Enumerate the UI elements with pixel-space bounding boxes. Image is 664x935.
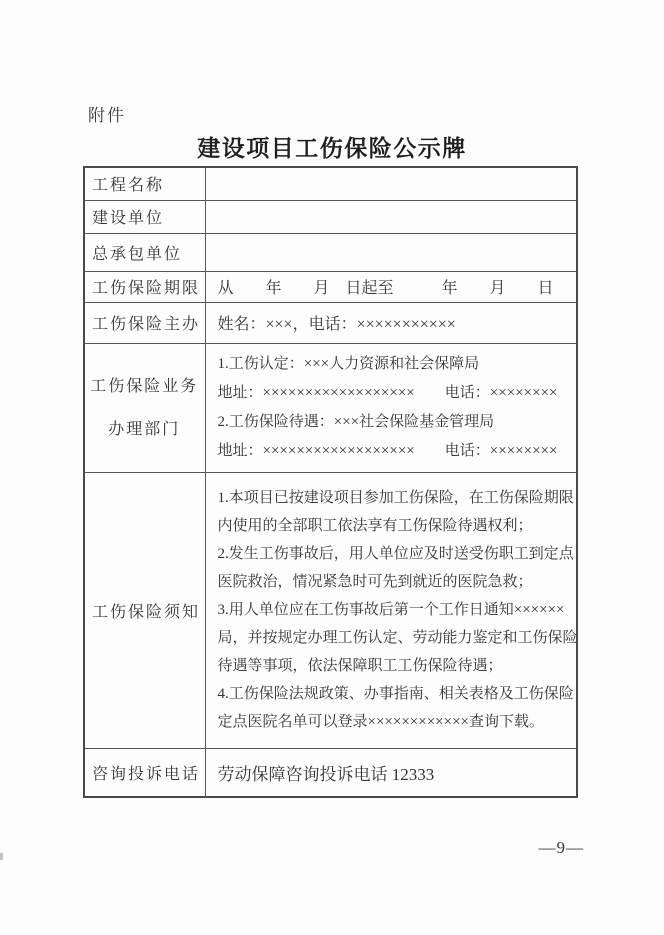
table-row-construction-unit: 建设单位 [84, 200, 577, 233]
table-row-insurance-organizer: 工伤保险主办 姓名：×××，电话：××××××××××× [84, 302, 577, 343]
text-line: 4.工伤保险法规政策、办事指南、相关表格及工伤保险 [218, 680, 577, 708]
text-line: 待遇等事项，依法保障职工工伤保险待遇； [218, 652, 577, 680]
text-line: 定点医院名单可以登录××××××××××××查询下载。 [218, 708, 577, 736]
text-line: 地址：×××××××××××××××××× 电话：×××××××× [218, 437, 577, 466]
row-value-empty [205, 200, 577, 233]
table-row-complaint-hotline: 咨询投诉电话 劳动保障咨询投诉电话 12333 [84, 748, 577, 797]
row-label: 工伤保险须知 [84, 472, 205, 748]
text-line: 2.工伤保险待遇：×××社会保险基金管理局 [218, 408, 577, 437]
row-value-period: 从 年 月 日起至 年 月 日 [205, 271, 577, 302]
text-line: 1.工伤认定：×××人力资源和社会保障局 [218, 350, 577, 379]
text-line: 3.用人单位应在工伤事故后第一个工作日通知×××××× [218, 596, 577, 624]
table-row-handling-departments: 工伤保险业务 办理部门 1.工伤认定：×××人力资源和社会保障局 地址：××××… [84, 343, 577, 472]
row-label: 工程名称 [84, 167, 205, 200]
row-value-departments: 1.工伤认定：×××人力资源和社会保障局 地址：××××××××××××××××… [205, 343, 577, 472]
row-label-line2: 办理部门 [85, 408, 204, 451]
page-number: —9— [539, 838, 585, 858]
row-label: 工伤保险期限 [84, 271, 205, 302]
text-line: 医院救治，情况紧急时可先到就近的医院急救； [218, 568, 577, 596]
table-row-insurance-period: 工伤保险期限 从 年 月 日起至 年 月 日 [84, 271, 577, 302]
row-value-instructions: 1.本项目已按建设项目参加工伤保险，在工伤保险期限 内使用的全部职工依法享有工伤… [205, 472, 577, 748]
table-row-insurance-instructions: 工伤保险须知 1.本项目已按建设项目参加工伤保险，在工伤保险期限 内使用的全部职… [84, 472, 577, 748]
row-label: 咨询投诉电话 [84, 748, 205, 797]
table-row-project-name: 工程名称 [84, 167, 577, 200]
row-value-hotline: 劳动保障咨询投诉电话 12333 [205, 748, 577, 797]
table-row-general-contractor: 总承包单位 [84, 233, 577, 271]
insurance-notice-table: 工程名称 建设单位 总承包单位 工伤保险期限 从 年 月 日起至 年 月 日 工… [83, 166, 578, 798]
row-label: 建设单位 [84, 200, 205, 233]
text-line: 1.本项目已按建设项目参加工伤保险，在工伤保险期限 [218, 484, 577, 512]
scan-artifact [0, 853, 3, 860]
row-label: 工伤保险业务 办理部门 [84, 343, 205, 472]
row-label-line1: 工伤保险业务 [85, 365, 204, 408]
row-value-empty [205, 167, 577, 200]
text-line: 内使用的全部职工依法享有工伤保险待遇权利； [218, 512, 577, 540]
page-title: 建设项目工伤保险公示牌 [0, 130, 664, 163]
row-label: 工伤保险主办 [84, 302, 205, 343]
row-label: 总承包单位 [84, 233, 205, 271]
text-line: 地址：×××××××××××××××××× 电话：×××××××× [218, 379, 577, 408]
row-value-empty [205, 233, 577, 271]
text-line: 局，并按规定办理工伤认定、劳动能力鉴定和工伤保险 [218, 624, 577, 652]
attachment-label: 附件 [88, 101, 126, 126]
row-value-organizer: 姓名：×××，电话：××××××××××× [205, 302, 577, 343]
text-line: 2.发生工伤事故后，用人单位应及时送受伤职工到定点 [218, 540, 577, 568]
document-page: 附件 建设项目工伤保险公示牌 工程名称 建设单位 总承包单位 工伤保险期限 从 … [0, 0, 664, 935]
